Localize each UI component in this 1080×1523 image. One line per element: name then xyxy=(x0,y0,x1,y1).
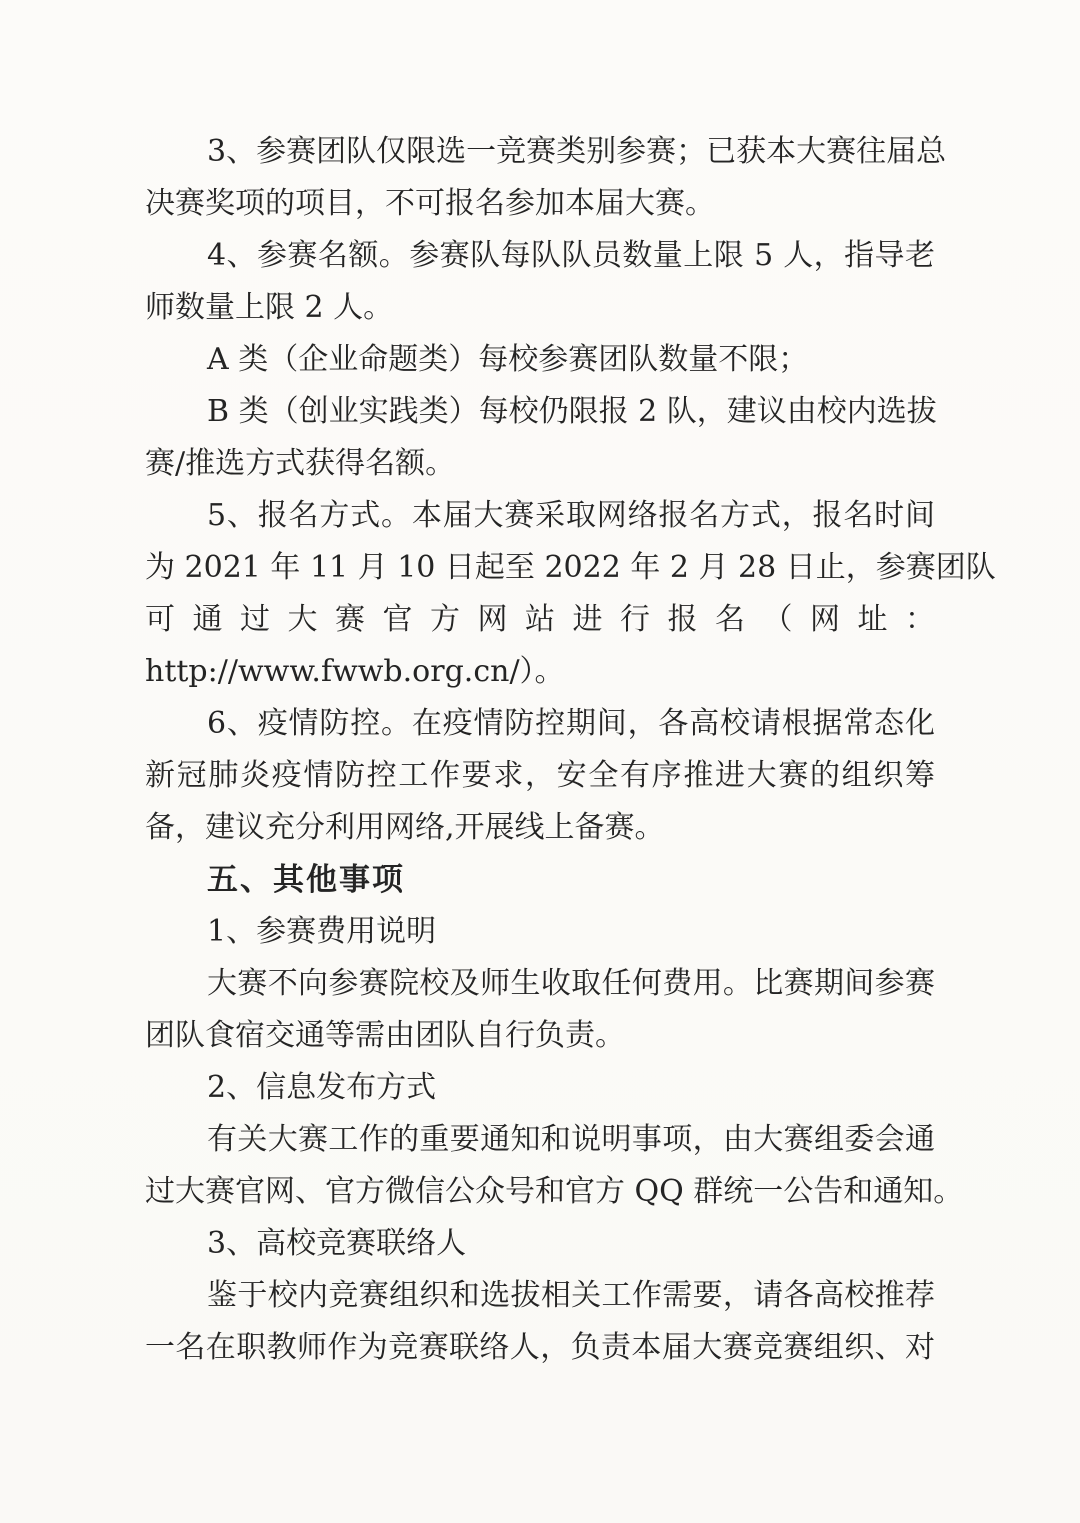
text-line: http://www.fwwb.org.cn/）。 xyxy=(145,646,935,698)
text-line: B 类（创业实践类）每校仍限报 2 队，建议由校内选拔 xyxy=(145,386,935,438)
text-line: 大赛不向参赛院校及师生收取任何费用。比赛期间参赛 xyxy=(145,958,935,1010)
text-line: 有关大赛工作的重要通知和说明事项，由大赛组委会通 xyxy=(145,1114,935,1166)
text-line: 5、报名方式。本届大赛采取网络报名方式，报名时间 xyxy=(145,490,935,542)
text-line: 新冠肺炎疫情防控工作要求，安全有序推进大赛的组织筹 xyxy=(145,750,935,802)
text-line: 决赛奖项的项目，不可报名参加本届大赛。 xyxy=(145,178,935,230)
text-line: 3、参赛团队仅限选一竞赛类别参赛；已获本大赛往届总 xyxy=(145,126,935,178)
text-line: 团队食宿交通等需由团队自行负责。 xyxy=(145,1010,935,1062)
text-line: 备，建议充分利用网络,开展线上备赛。 xyxy=(145,802,935,854)
text-line: A 类（企业命题类）每校参赛团队数量不限； xyxy=(145,334,935,386)
text-line: 赛/推选方式获得名额。 xyxy=(145,438,935,490)
text-line: 过大赛官网、官方微信公众号和官方 QQ 群统一公告和通知。 xyxy=(145,1166,935,1218)
text-line: 1、参赛费用说明 xyxy=(145,906,935,958)
text-line: 2、信息发布方式 xyxy=(145,1062,935,1114)
text-line: 3、高校竞赛联络人 xyxy=(145,1218,935,1270)
section-heading: 五、其他事项 xyxy=(145,854,935,906)
text-line: 鉴于校内竞赛组织和选拔相关工作需要，请各高校推荐 xyxy=(145,1270,935,1322)
text-line: 4、参赛名额。参赛队每队队员数量上限 5 人，指导老 xyxy=(145,230,935,282)
document-page: 3、参赛团队仅限选一竞赛类别参赛；已获本大赛往届总决赛奖项的项目，不可报名参加本… xyxy=(0,0,1080,1523)
text-line: 为 2021 年 11 月 10 日起至 2022 年 2 月 28 日止，参赛… xyxy=(145,542,935,594)
text-line: 可通过大赛官方网站进行报名（网址： xyxy=(145,594,935,646)
text-line: 6、疫情防控。在疫情防控期间，各高校请根据常态化 xyxy=(145,698,935,750)
text-line: 一名在职教师作为竞赛联络人，负责本届大赛竞赛组织、对 xyxy=(145,1322,935,1374)
text-line: 师数量上限 2 人。 xyxy=(145,282,935,334)
